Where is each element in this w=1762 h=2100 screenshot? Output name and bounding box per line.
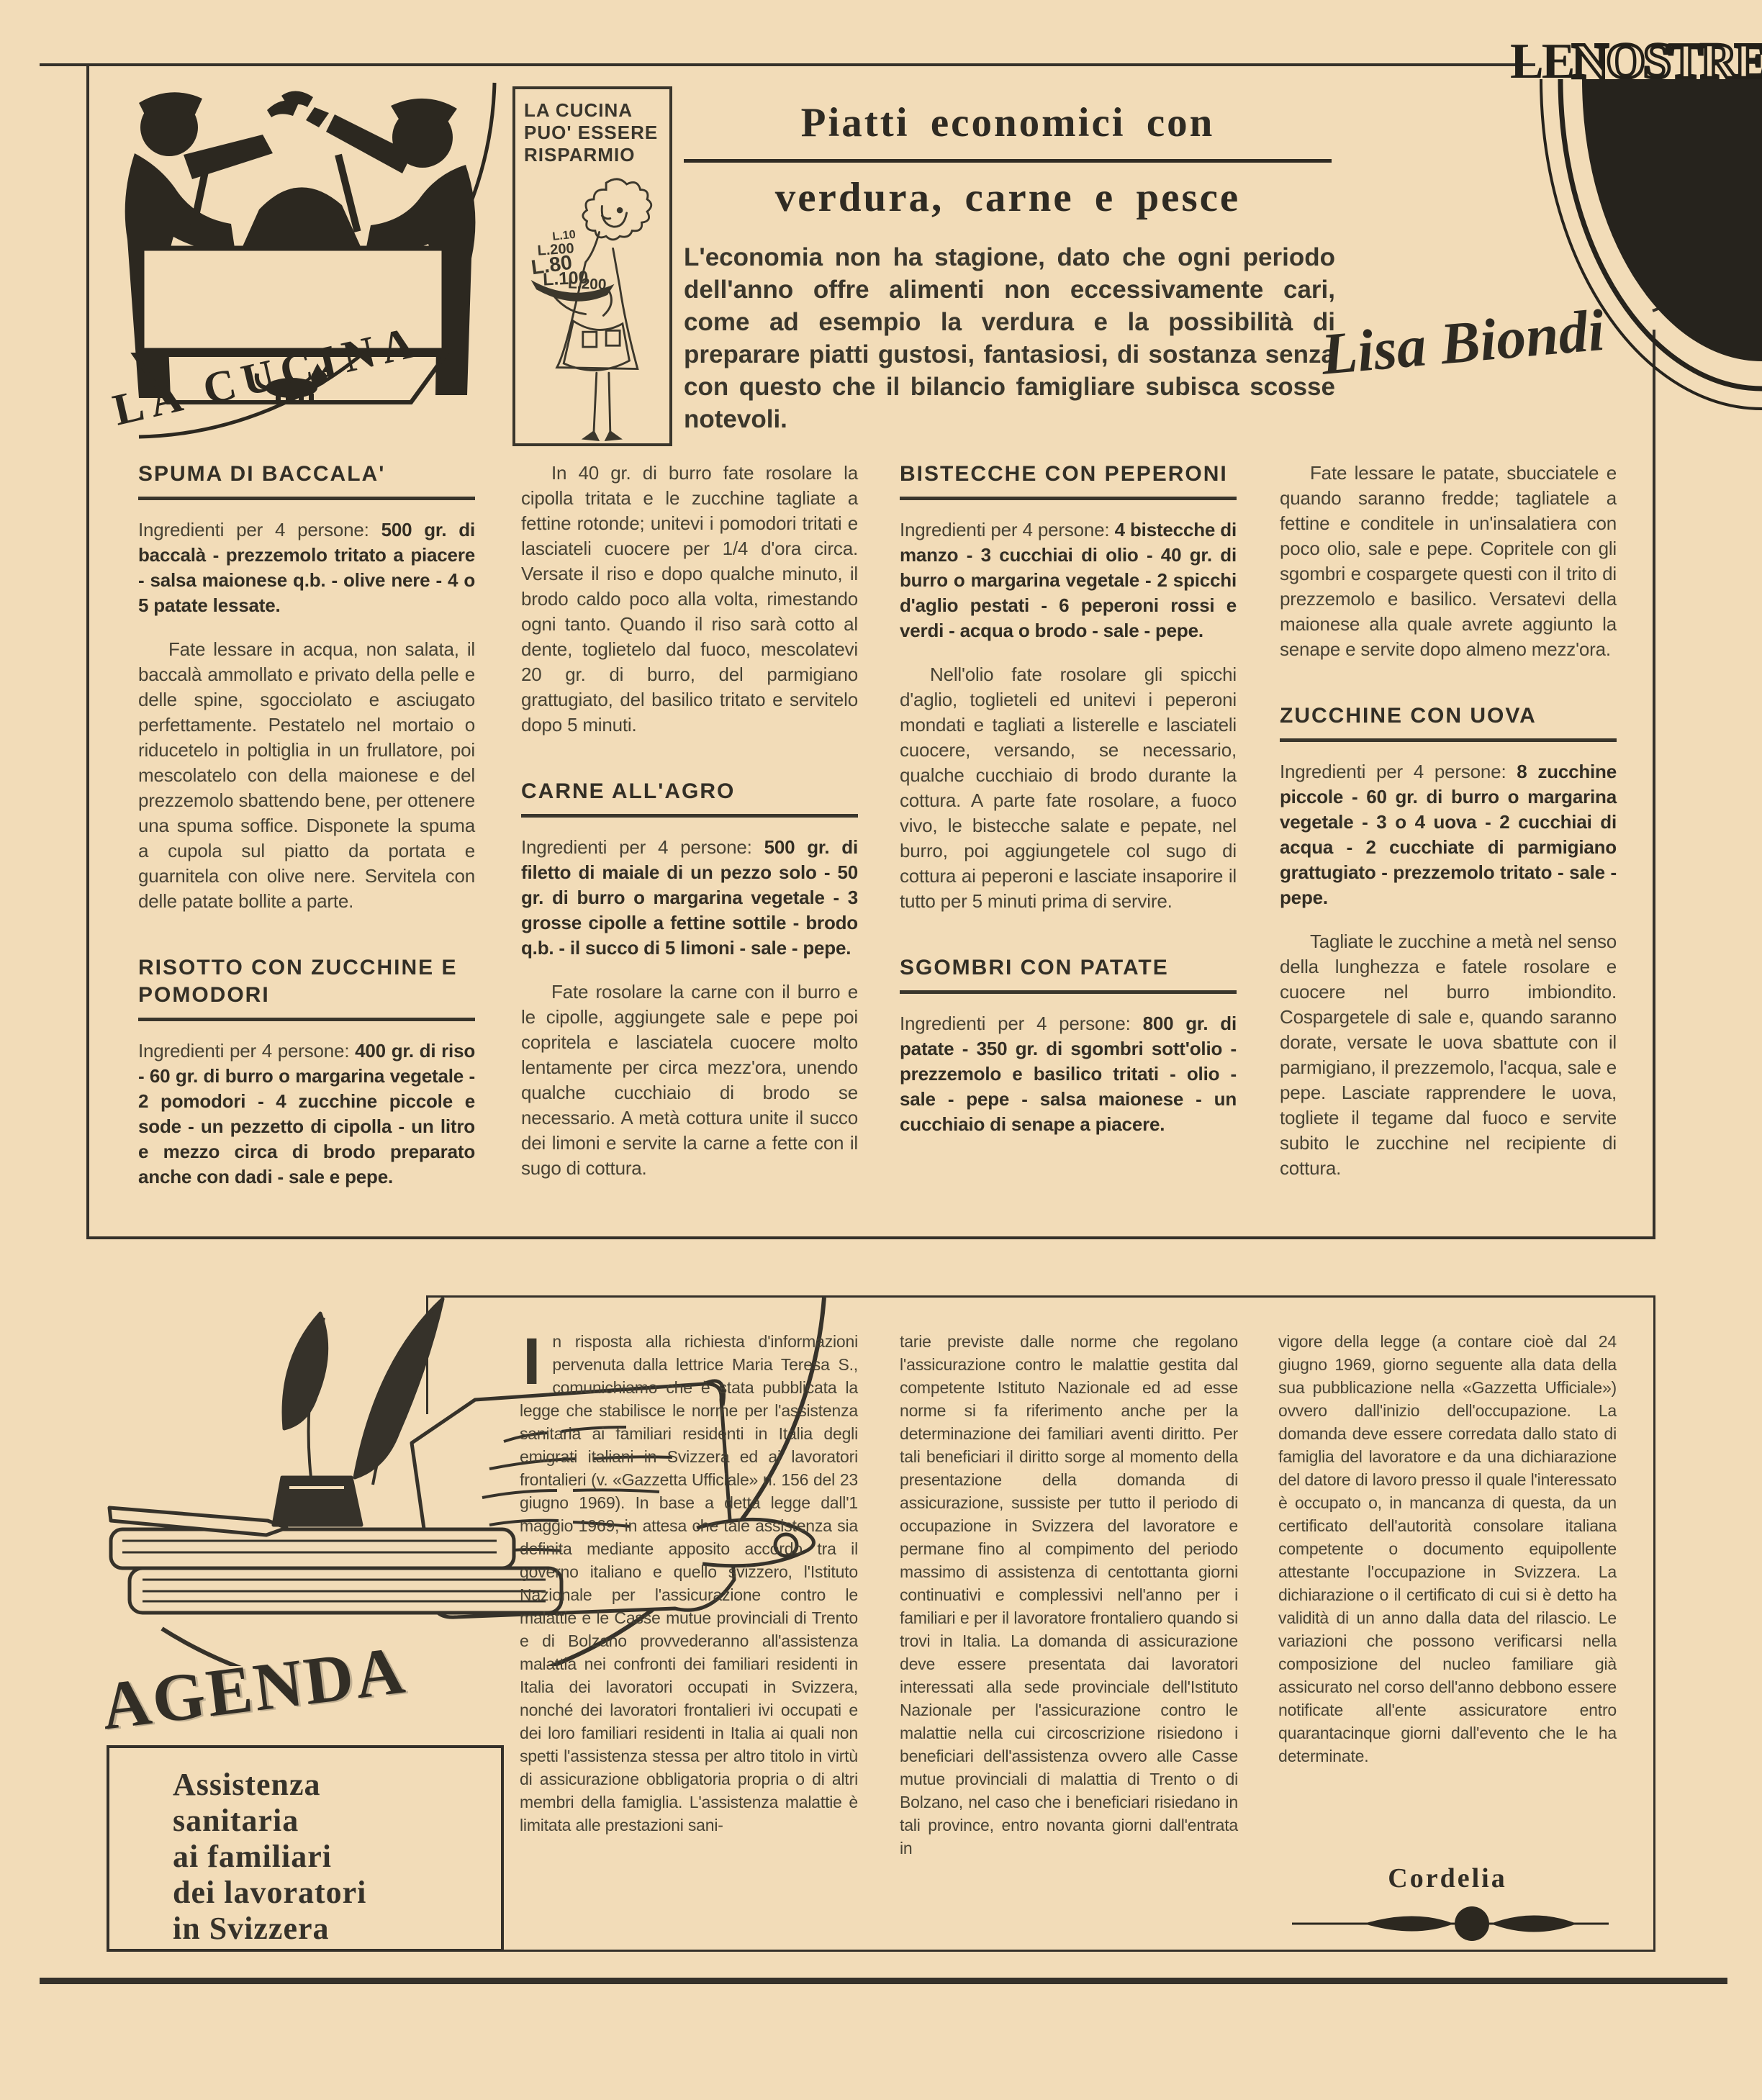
agenda-column-1: In risposta alla richiesta d'informazion…: [520, 1330, 858, 1855]
recipe-title: CARNE ALL'AGRO: [521, 778, 858, 818]
ingredients-label: Ingredienti per 4 persone:: [900, 519, 1109, 540]
recipe-body: Tagliate le zucchine a metà nel senso de…: [1280, 929, 1617, 1181]
recipe-ingredients: Ingredienti per 4 persone: 8 zucchine pi…: [1280, 759, 1617, 910]
agenda-title-line: dei lavoratori: [173, 1875, 479, 1911]
agenda-title-box: Assistenza sanitaria ai familiari dei la…: [107, 1745, 504, 1952]
ingredients-label: Ingredienti per 4 persone:: [900, 1013, 1131, 1034]
page-bottom-rule: [40, 1978, 1727, 1984]
agenda-text: n risposta alla richiesta d'informazioni…: [520, 1332, 858, 1834]
ornament-divider: [1292, 1903, 1609, 1945]
agenda-title-line: in Svizzera: [173, 1911, 479, 1947]
recipe-title: BISTECCHE CON PEPERONI: [900, 461, 1237, 500]
risparmio-line-2: PUO' ESSERE: [524, 122, 661, 144]
magazine-page: LE NOSTRE: [0, 0, 1762, 2100]
recipe-column-4: Fate lessare le patate, sbucciatele e qu…: [1280, 461, 1617, 1200]
ingredients-list: 8 zucchine piccole - 60 gr. di burro o m…: [1280, 761, 1617, 908]
agenda-text: vigore della legge (a contare cioè dal 2…: [1278, 1330, 1617, 1768]
recipe-title: ZUCCHINE CON UOVA: [1280, 702, 1617, 742]
risparmio-box: LA CUCINA PUO' ESSERE RISPARMIO L.10 L.2…: [512, 86, 672, 446]
left-border: [86, 63, 89, 1239]
recipe-body: Fate lessare in acqua, non salata, il ba…: [138, 637, 475, 914]
recipe-ingredients: Ingredienti per 4 persone: 4 bistecche d…: [900, 517, 1237, 643]
headline: Piatti economici con verdura, carne e pe…: [684, 99, 1332, 221]
agenda-text: tarie previste dalle norme che regolano …: [900, 1330, 1238, 1860]
ingredients-label: Ingredienti per 4 persone:: [138, 519, 369, 540]
agenda-title-line: Assistenza: [173, 1767, 479, 1803]
cooks-silhouette-illustration: LA CUCINA: [97, 68, 504, 446]
agenda-signature: Cordelia: [1278, 1863, 1617, 1894]
recipe-column-1: SPUMA DI BACCALA' Ingredienti per 4 pers…: [138, 461, 475, 1208]
agenda-column-3: vigore della legge (a contare cioè dal 2…: [1278, 1330, 1617, 1786]
recipe-body: In 40 gr. di burro fate rosolare la cipo…: [521, 461, 858, 738]
agenda-column-2: tarie previste dalle norme che regolano …: [900, 1330, 1238, 1878]
recipe-ingredients: Ingredienti per 4 persone: 500 gr. di fi…: [521, 835, 858, 961]
recipe-title: RISOTTO CON ZUCCHINE E POMODORI: [138, 954, 475, 1021]
recipe-title: SGOMBRI CON PATATE: [900, 954, 1237, 994]
drop-cap: I: [523, 1336, 541, 1388]
headline-rule: [684, 159, 1332, 163]
recipe-ingredients: Ingredienti per 4 persone: 800 gr. di pa…: [900, 1011, 1237, 1137]
agenda-title-line: ai familiari: [173, 1839, 479, 1875]
agenda-title-line: sanitaria: [173, 1803, 479, 1839]
top-rule: [40, 63, 1535, 66]
ingredients-label: Ingredienti per 4 persone:: [521, 836, 752, 858]
risparmio-line-3: RISPARMIO: [524, 144, 661, 166]
ingredients-list: 400 gr. di riso - 60 gr. di burro o marg…: [138, 1040, 475, 1187]
ingredients-label: Ingredienti per 4 persone:: [138, 1040, 349, 1062]
recipe-title: SPUMA DI BACCALA': [138, 461, 475, 500]
recipe-box-bottom-border: [86, 1236, 1655, 1239]
recipe-body: Nell'olio fate rosolare gli spicchi d'ag…: [900, 662, 1237, 914]
intro-paragraph: L'economia non ha stagione, dato che ogn…: [684, 241, 1335, 435]
recipe-column-2: In 40 gr. di burro fate rosolare la cipo…: [521, 461, 858, 1200]
recipe-column-3: BISTECCHE CON PEPERONI Ingredienti per 4…: [900, 461, 1237, 1156]
headline-line-1: Piatti economici con: [684, 99, 1332, 146]
risparmio-line-1: LA CUCINA: [524, 99, 661, 122]
recipe-body: Fate rosolare la carne con il burro e le…: [521, 979, 858, 1181]
recipe-ingredients: Ingredienti per 4 persone: 500 gr. di ba…: [138, 517, 475, 618]
recipe-ingredients: Ingredienti per 4 persone: 400 gr. di ri…: [138, 1038, 475, 1190]
right-border: [1653, 330, 1655, 1239]
woman-with-tray-illustration: L.10 L.200 L.80 L.100 L.200: [524, 171, 664, 444]
recipe-body: Fate lessare le patate, sbucciatele e qu…: [1280, 461, 1617, 662]
headline-line-2: verdura, carne e pesce: [684, 174, 1332, 221]
ingredients-label: Ingredienti per 4 persone:: [1280, 761, 1506, 782]
